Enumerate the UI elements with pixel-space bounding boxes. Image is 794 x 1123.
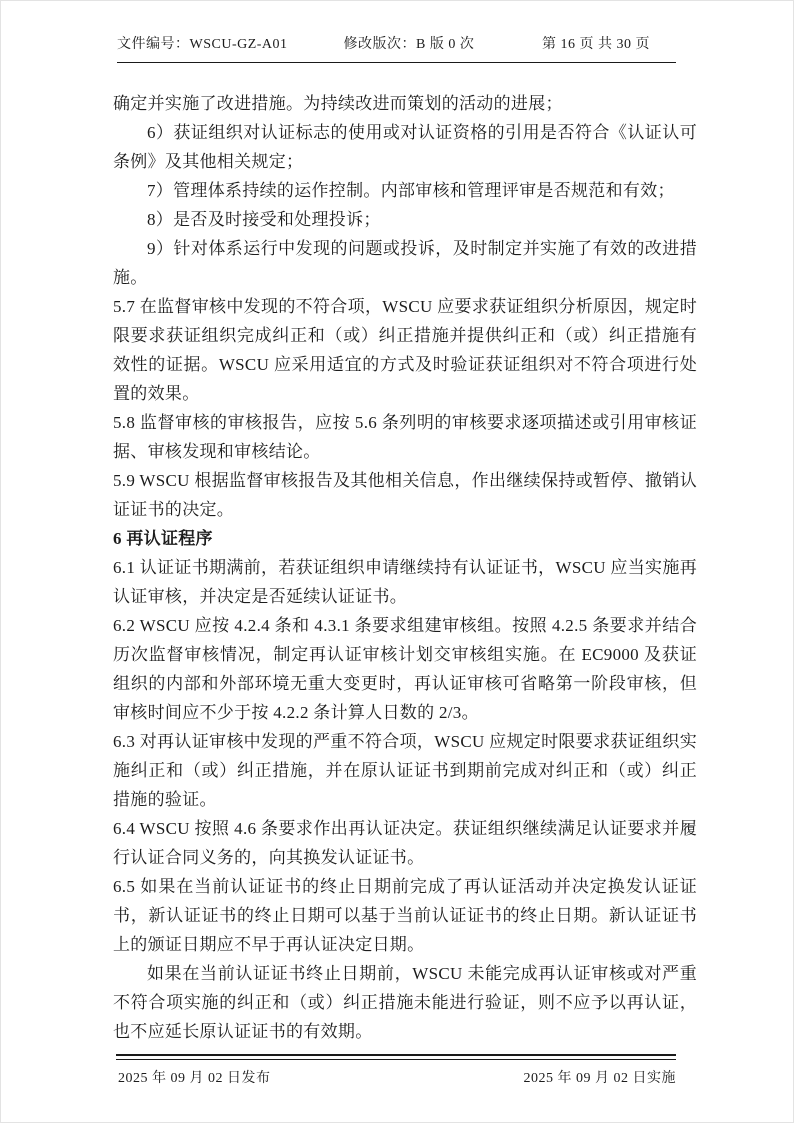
paragraph: 5.9 WSCU 根据监督审核报告及其他相关信息，作出继续保持或暂停、撤销认证证…	[113, 466, 697, 524]
footer-row: 2025 年 09 月 02 日发布 2025 年 09 月 02 日实施	[116, 1067, 676, 1087]
document-page: 文件编号：WSCU-GZ-A01 修改版次：B 版 0 次 第 16 页 共 3…	[0, 0, 794, 1123]
page-indicator: 第 16 页 共 30 页	[542, 33, 650, 53]
revision-label: 修改版次：B 版 0 次	[344, 33, 475, 53]
paragraph: 6.3 对再认证审核中发现的严重不符合项，WSCU 应规定时限要求获证组织实施纠…	[113, 727, 697, 814]
paragraph: 6.2 WSCU 应按 4.2.4 条和 4.3.1 条要求组建审核组。按照 4…	[113, 611, 697, 727]
paragraph: 6.1 认证证书期满前，若获证组织申请继续持有认证证书，WSCU 应当实施再认证…	[113, 553, 697, 611]
footer-rule	[116, 1054, 676, 1060]
paragraph: 8）是否及时接受和处理投诉；	[113, 205, 697, 234]
paragraph: 6）获证组织对认证标志的使用或对认证资格的引用是否符合《认证认可条例》及其他相关…	[113, 118, 697, 176]
implementation-date: 2025 年 09 月 02 日实施	[524, 1067, 677, 1087]
document-body: 确定并实施了改进措施。为持续改进而策划的活动的进展；6）获证组织对认证标志的使用…	[113, 89, 697, 1046]
release-date: 2025 年 09 月 02 日发布	[116, 1067, 271, 1087]
section-heading: 6 再认证程序	[113, 524, 697, 553]
paragraph: 6.4 WSCU 按照 4.6 条要求作出再认证决定。获证组织继续满足认证要求并…	[113, 814, 697, 872]
paragraph: 7）管理体系持续的运作控制。内部审核和管理评审是否规范和有效；	[113, 176, 697, 205]
header-row: 文件编号：WSCU-GZ-A01 修改版次：B 版 0 次 第 16 页 共 3…	[117, 33, 676, 62]
doc-number: 文件编号：WSCU-GZ-A01	[117, 33, 288, 53]
paragraph: 5.8 监督审核的审核报告，应按 5.6 条列明的审核要求逐项描述或引用审核证据…	[113, 408, 697, 466]
paragraph: 如果在当前认证证书终止日期前，WSCU 未能完成再认证审核或对严重不符合项实施的…	[113, 959, 697, 1046]
header-rule	[117, 62, 676, 63]
paragraph: 5.7 在监督审核中发现的不符合项，WSCU 应要求获证组织分析原因，规定时限要…	[113, 292, 697, 408]
paragraph: 确定并实施了改进措施。为持续改进而策划的活动的进展；	[113, 89, 697, 118]
page-header: 文件编号：WSCU-GZ-A01 修改版次：B 版 0 次 第 16 页 共 3…	[117, 33, 676, 63]
paragraph: 6.5 如果在当前认证证书的终止日期前完成了再认证活动并决定换发认证证书，新认证…	[113, 872, 697, 959]
page-footer: 2025 年 09 月 02 日发布 2025 年 09 月 02 日实施	[116, 1054, 676, 1087]
paragraph: 9）针对体系运行中发现的问题或投诉，及时制定并实施了有效的改进措施。	[113, 234, 697, 292]
